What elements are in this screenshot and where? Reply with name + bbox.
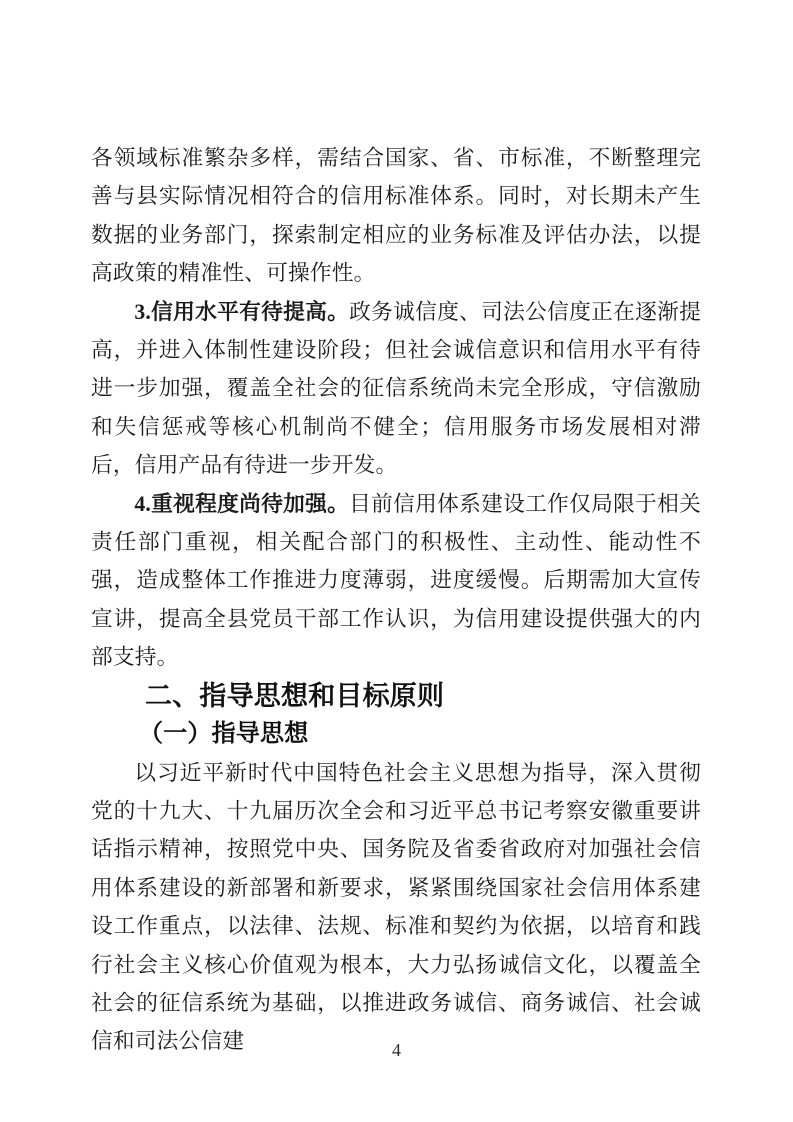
document-page: 各领域标准繁杂多样，需结合国家、省、市标准，不断整理完善与县实际情况相符合的信用… <box>0 0 793 1122</box>
paragraph-point-4: 4.重视程度尚待加强。目前信用体系建设工作仅局限于相关责任部门重视，相关配合部门… <box>91 485 701 677</box>
page-footer: 4 <box>0 1040 793 1061</box>
point-4-lead: 4.重视程度尚待加强。 <box>134 492 349 516</box>
page-number: 4 <box>392 1040 401 1060</box>
point-3-lead: 3.信用水平有待提高。 <box>134 300 349 324</box>
point-3-text: 政务诚信度、司法公信度正在逐渐提高，并进入体制性建设阶段；但社会诚信意识和信用水… <box>91 300 701 478</box>
paragraph-guiding-ideology: 以习近平新时代中国特色社会主义思想为指导，深入贯彻党的十九大、十九届历次全会和习… <box>91 754 701 1061</box>
paragraph-continuation: 各领域标准繁杂多样，需结合国家、省、市标准，不断整理完善与县实际情况相符合的信用… <box>91 139 701 293</box>
point-4-text: 目前信用体系建设工作仅局限于相关责任部门重视，相关配合部门的积极性、主动性、能动… <box>91 492 701 670</box>
section-heading: 二、指导思想和目标原则 <box>91 677 701 715</box>
paragraph-point-3: 3.信用水平有待提高。政务诚信度、司法公信度正在逐渐提高，并进入体制性建设阶段；… <box>91 293 701 485</box>
subsection-heading: （一）指导思想 <box>91 715 701 753</box>
document-body: 各领域标准繁杂多样，需结合国家、省、市标准，不断整理完善与县实际情况相符合的信用… <box>91 139 701 1061</box>
